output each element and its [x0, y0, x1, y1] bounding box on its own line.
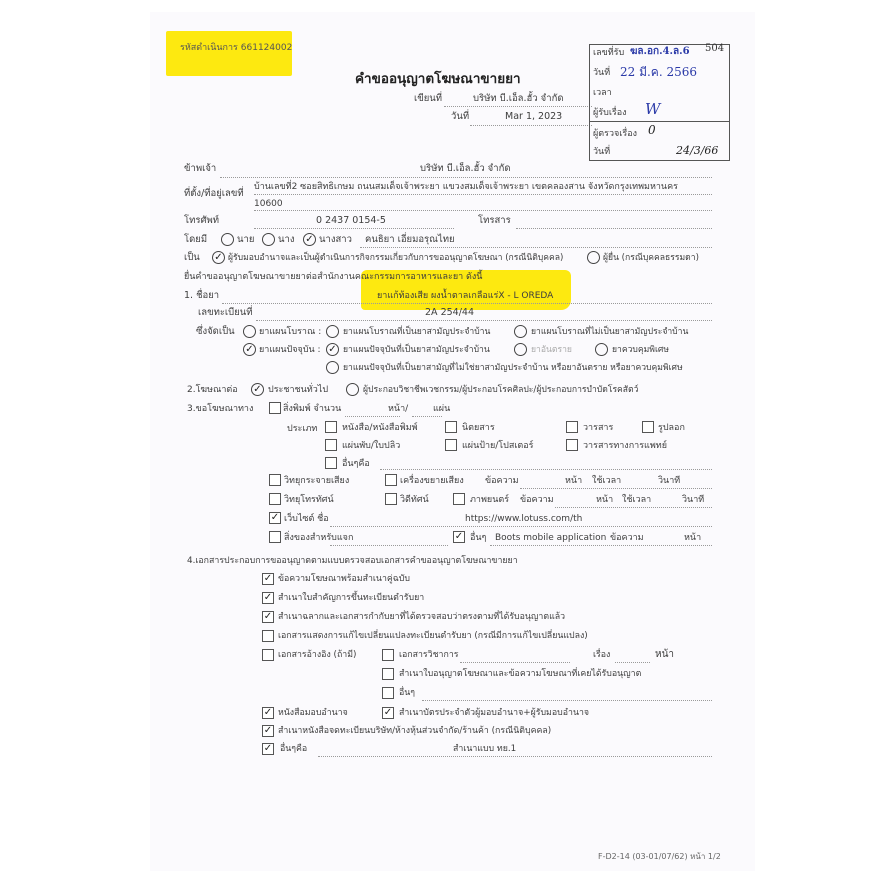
receiver-divider [589, 121, 730, 122]
doc-academic-page-label: หน้า [655, 649, 674, 661]
category-label: ซึ่งจัดเป็น [196, 326, 235, 338]
checkbox-print[interactable] [269, 402, 281, 414]
drug-name-value: ยาแก้ท้องเสีย ผงน้ำตาลเกลือแร่X - L ORED… [377, 290, 553, 302]
phone-label: โทรศัพท์ [184, 215, 219, 227]
applicant-label: ข้าพเจ้า [184, 163, 216, 175]
drug-name-line [222, 303, 712, 304]
video-label: วิดีทัศน์ [400, 494, 429, 506]
receipt-date-value: 22 มี.ค. 2566 [620, 63, 697, 82]
checkbox-print-other[interactable] [325, 457, 337, 469]
section2-label: 2.โฆษณาต่อ [187, 384, 238, 396]
fax-line [516, 228, 712, 229]
receipt-no-value: ฆล.อก.4.ล.6 [630, 44, 690, 59]
radio-traditional-household[interactable] [326, 325, 339, 338]
phone-value: 0 2437 0154-5 [316, 215, 386, 227]
checkbox-doc-ad-text[interactable]: ✓ [262, 573, 274, 585]
website-label: เว็บไซต์ ชื่อ [284, 513, 329, 525]
person-line [360, 247, 712, 248]
receipt-date-label: วันที่ [593, 67, 610, 79]
tv-page-label: หน้า [596, 494, 613, 506]
id-copy-label: สำเนาบัตรประจำตัวผู้มอบอำนาจ+ผู้รับมอบอำ… [399, 707, 589, 719]
dangerous-drug-label: ยาอันตราย [531, 344, 572, 356]
media-other-page-label: หน้า [684, 532, 701, 544]
doc-academic-line [460, 662, 570, 663]
receiver-label: ผู้รับเรื่อง [593, 107, 627, 119]
media-other-message-label: ข้อความ [610, 532, 644, 544]
checkbox-doc-registration[interactable]: ✓ [262, 592, 274, 604]
brochure-label: แผ่นพับ/ใบปลิว [342, 440, 400, 452]
radio-dangerous-drug[interactable] [514, 343, 527, 356]
written-at-value: บริษัท บี.เอ็ล.ฮั้ว จำกัด [473, 93, 564, 105]
section3-label: 3.ขอโฆษณาทาง [187, 403, 253, 415]
reg-no-value: 2A 254/44 [425, 307, 474, 319]
magazine-label: นิตยสาร [462, 422, 495, 434]
checkbox-medical-journal[interactable] [566, 439, 578, 451]
giveaway-label: สิ่งของสำหรับแจก [284, 532, 353, 544]
doc-registration-label: สำเนาใบสำคัญการขึ้นทะเบียนตำรับยา [278, 592, 424, 604]
media-other-line [490, 545, 712, 546]
operation-code-label: รหัสดำเนินการ [180, 43, 238, 53]
medical-journal-label: วารสารทางการแพทย์ [583, 440, 667, 452]
modern-nonhousehold-label: ยาแผนปัจจุบันที่เป็นยาสามัญที่ไม่ใช่ยาสา… [343, 362, 683, 374]
as-label: เป็น [184, 252, 200, 264]
drug-name-label: 1. ชื่อยา [184, 290, 219, 302]
date-label: วันที่ [451, 111, 469, 123]
website-line [330, 526, 712, 527]
journal-label: วารสาร [583, 422, 613, 434]
person-name: คนธิยา เอี่ยมอรุณไทย [365, 234, 455, 246]
doc-label-leaflet-label: สำเนาฉลากและเอกสารกำกับยาที่ได้ตรวจสอบว่… [278, 611, 565, 623]
reg-no-label: เลขทะเบียนที่ [198, 307, 253, 319]
date-line [470, 125, 592, 126]
checkbox-power-of-attorney[interactable]: ✓ [262, 707, 274, 719]
special-control-label: ยาควบคุมพิเศษ [612, 344, 669, 356]
phone-line [254, 228, 454, 229]
role-authorized-label: ผู้รับมอบอำนาจและเป็นผู้ดำเนินการกิจกรรม… [228, 252, 563, 264]
movie-label: ภาพยนตร์ [470, 494, 509, 506]
checkbox-magazine[interactable] [445, 421, 457, 433]
traditional-nonhousehold-label: ยาแผนโบราณที่ไม่เป็นยาสามัญประจำบ้าน [531, 326, 688, 338]
check-date-label: วันที่ [593, 146, 610, 158]
doc-academic-label: เอกสารวิชาการ [399, 649, 459, 661]
doc-ad-text-label: ข้อความโฆษณาพร้อมสำเนาคู่ฉบับ [278, 573, 410, 585]
radio-duration-label: ใช้เวลา [592, 475, 621, 487]
checkbox-id-copy[interactable]: ✓ [382, 707, 394, 719]
checkbox-doc-changes[interactable] [262, 630, 274, 642]
newspaper-label: หนังสือ/หนังสือพิมพ์ [342, 422, 418, 434]
radio-general-public[interactable]: ✓ [251, 383, 264, 396]
radio-traditional-nonhousehold[interactable] [514, 325, 527, 338]
radio-page-label: หน้า [565, 475, 582, 487]
doc-academic-page-line [615, 662, 650, 663]
receipt-time-label: เวลา [593, 87, 612, 99]
radio-seconds-label: วินาที [658, 475, 680, 487]
address-line-1 [254, 194, 712, 195]
checkbox-movie[interactable] [453, 493, 465, 505]
doc-prior-license-label: สำเนาใบอนุญาตโฆษณาและข้อความโฆษณาที่เคยไ… [399, 668, 641, 680]
address-line2: 10600 [254, 198, 283, 210]
checkbox-doc-other[interactable]: ✓ [262, 743, 274, 755]
radio-role-individual[interactable] [587, 251, 600, 264]
checkbox-doc-academic[interactable] [382, 649, 394, 661]
page-title: คำขออนุญาตโฆษณาขายยา [355, 67, 521, 89]
checkbox-radio[interactable] [269, 474, 281, 486]
radio-mrs-label: นาง [278, 234, 294, 246]
doc-other-label: อื่นๆคือ [280, 743, 307, 755]
receiver-signature: W [645, 100, 660, 118]
traditional-label: ยาแผนโบราณ : [259, 326, 321, 338]
radio-modern-household[interactable]: ✓ [326, 343, 339, 356]
print-label: สิ่งพิมพ์ จำนวน [283, 403, 341, 415]
radio-line [520, 488, 712, 489]
receipt-no-suffix: 504 [705, 43, 724, 54]
checkbox-video[interactable] [385, 493, 397, 505]
check-date-value: 24/3/66 [676, 144, 718, 157]
radio-label: วิทยุกระจายเสียง [284, 475, 349, 487]
checkbox-company-reg[interactable]: ✓ [262, 725, 274, 737]
checkbox-tv[interactable] [269, 493, 281, 505]
doc-ref-other-label: อื่นๆ [399, 687, 415, 699]
doc-academic-subject-label: เรื่อง [593, 649, 610, 661]
print-other-label: อื่นๆคือ [342, 458, 370, 470]
tv-label: วิทยุโทรทัศน์ [284, 494, 334, 506]
checkbox-giveaway[interactable] [269, 531, 281, 543]
sticker-label: รูปลอก [658, 422, 685, 434]
radio-modern-nonhousehold[interactable] [326, 361, 339, 374]
power-of-attorney-label: หนังสือมอบอำนาจ [278, 707, 348, 719]
loudspeaker-label: เครื่องขยายเสียง [400, 475, 464, 487]
tv-message-label: ข้อความ [520, 494, 554, 506]
tv-seconds-label: วินาที [682, 494, 704, 506]
operation-code-value: 661124002 [241, 43, 293, 53]
address-line1: บ้านเลขที่2 ซอยสิทธิเกษม ถนนสมเด็จเจ้าพร… [254, 181, 678, 193]
checkbox-journal[interactable] [566, 421, 578, 433]
company-reg-label: สำเนาหนังสือจดทะเบียนบริษัท/ห้างหุ้นส่วน… [278, 725, 551, 737]
checkbox-doc-prior-license[interactable] [382, 668, 394, 680]
radio-modern[interactable]: ✓ [243, 343, 256, 356]
doc-other-value: สำเนาแบบ ทย.1 [453, 743, 516, 755]
checker-label: ผู้ตรวจเรื่อง [593, 128, 637, 140]
print-sheets-label: แผ่น [433, 403, 450, 415]
by-label: โดยมี [184, 234, 207, 246]
fax-label: โทรสาร [478, 215, 511, 227]
written-at-line [444, 106, 592, 107]
role-individual-label: ผู้ยื่น (กรณีบุคคลธรรมดา) [603, 252, 699, 264]
date-value: Mar 1, 2023 [505, 111, 562, 123]
checkbox-media-other[interactable]: ✓ [453, 531, 465, 543]
checkbox-newspaper[interactable] [325, 421, 337, 433]
applicant-line [220, 177, 712, 178]
radio-role-authorized[interactable]: ✓ [212, 251, 225, 264]
doc-ref-other-line [422, 700, 712, 701]
radio-miss-label: นางสาว [319, 234, 352, 246]
media-other-label: อื่นๆ [470, 532, 486, 544]
checkbox-poster[interactable] [445, 439, 457, 451]
radio-message-label: ข้อความ [485, 475, 519, 487]
radio-mr[interactable] [221, 233, 234, 246]
checkbox-doc-ref-other[interactable] [382, 687, 394, 699]
giveaway-line [330, 545, 448, 546]
checkbox-website[interactable]: ✓ [269, 512, 281, 524]
professionals-label: ผู้ประกอบวิชาชีพเวชกรรม/ผู้ประกอบโรคศิลป… [363, 384, 638, 396]
print-count-line [345, 416, 400, 417]
radio-professionals[interactable] [346, 383, 359, 396]
address-line-2 [254, 210, 712, 211]
checkbox-sticker[interactable] [642, 421, 654, 433]
print-pages-label: หน้า/ [388, 403, 408, 415]
radio-miss[interactable]: ✓ [303, 233, 316, 246]
doc-other-line [318, 756, 712, 757]
print-sheets-line [412, 416, 442, 417]
checkbox-brochure[interactable] [325, 439, 337, 451]
checkbox-doc-label-leaflet[interactable]: ✓ [262, 611, 274, 623]
tv-duration-label: ใช้เวลา [622, 494, 651, 506]
tv-line [555, 507, 712, 508]
modern-household-label: ยาแผนปัจจุบันที่เป็นยาสามัญประจำบ้าน [343, 344, 490, 356]
print-type-label: ประเภท [287, 423, 317, 435]
checker-signature: 0 [648, 123, 656, 137]
media-other-value: Boots mobile application [495, 532, 606, 544]
section4-label: 4.เอกสารประกอบการขออนุญาตตามแบบตรวจสอบเอ… [187, 555, 518, 567]
traditional-household-label: ยาแผนโบราณที่เป็นยาสามัญประจำบ้าน [343, 326, 490, 338]
radio-mrs[interactable] [262, 233, 275, 246]
poster-label: แผ่นป้าย/โปสเตอร์ [462, 440, 534, 452]
receipt-no-label: เลขที่รับ [593, 47, 624, 59]
reg-no-line [256, 320, 712, 321]
general-public-label: ประชาชนทั่วไป [268, 384, 328, 396]
form-code: F-D2-14 (03-01/07/62) หน้า 1/2 [598, 851, 721, 863]
checkbox-doc-reference[interactable] [262, 649, 274, 661]
doc-reference-label: เอกสารอ้างอิง (ถ้ามี) [278, 649, 356, 661]
radio-mr-label: นาย [237, 234, 254, 246]
radio-special-control[interactable] [595, 343, 608, 356]
submit-text: ยื่นคำขออนุญาตโฆษณาขายยาต่อสำนักงานคณะกร… [184, 271, 482, 283]
modern-label: ยาแผนปัจจุบัน : [259, 344, 321, 356]
doc-changes-label: เอกสารแสดงการแก้ไขเปลี่ยนแปลงทะเบียนตำรั… [278, 630, 588, 642]
operation-code: รหัสดำเนินการ 661124002 [180, 42, 292, 54]
applicant-name: บริษัท บี.เอ็ล.ฮั้ว จำกัด [420, 163, 511, 175]
checkbox-loudspeaker[interactable] [385, 474, 397, 486]
website-value: https://www.lotuss.com/th [465, 513, 582, 525]
written-at-label: เขียนที่ [414, 93, 442, 105]
radio-traditional[interactable] [243, 325, 256, 338]
address-label: ที่ตั้ง/ที่อยู่เลขที่ [184, 188, 244, 200]
print-other-line [380, 469, 712, 470]
